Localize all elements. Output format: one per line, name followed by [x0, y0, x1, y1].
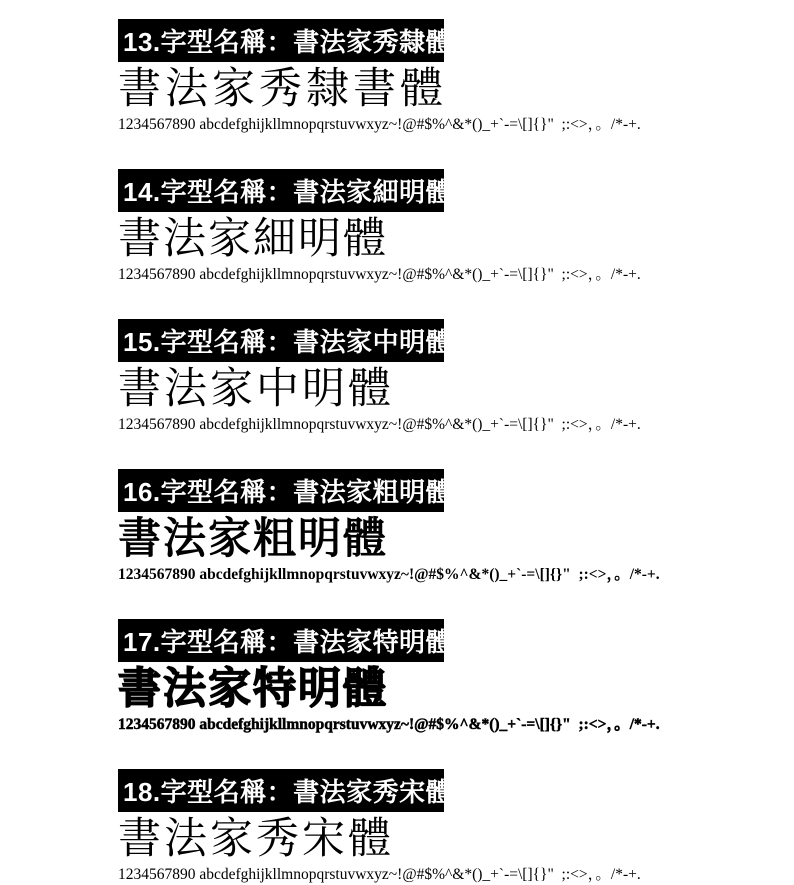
cjk-font-sample: 書法家秀宋體 [118, 817, 794, 863]
font-name-header-bar: 18.字型名稱：書法家秀宋體 [118, 769, 444, 812]
latin-charset-sample: 1234567890 abcdefghijkllmnopqrstuvwxyz~!… [118, 716, 794, 734]
font-name-header-label: 15.字型名稱：書法家中明體 [123, 322, 452, 359]
latin-charset-sample: 1234567890 abcdefghijkllmnopqrstuvwxyz~!… [118, 116, 794, 134]
font-name-header-bar: 17.字型名稱：書法家特明體 [118, 619, 444, 662]
font-name-header-label: 17.字型名稱：書法家特明體 [123, 622, 452, 659]
cjk-font-sample: 書法家秀隸書體 [118, 67, 794, 113]
font-specimen-section: 16.字型名稱：書法家粗明體 書法家粗明體 1234567890 abcdefg… [118, 469, 794, 619]
latin-charset-sample: 1234567890 abcdefghijkllmnopqrstuvwxyz~!… [118, 266, 794, 284]
font-name-header-bar: 16.字型名稱：書法家粗明體 [118, 469, 444, 512]
font-name-header-bar: 15.字型名稱：書法家中明體 [118, 319, 444, 362]
font-name-header-label: 16.字型名稱：書法家粗明體 [123, 472, 452, 509]
font-name-header-label: 18.字型名稱：書法家秀宋體 [123, 772, 452, 809]
font-name-header-label: 13.字型名稱：書法家秀隸體 [123, 22, 452, 59]
font-name-header-bar: 13.字型名稱：書法家秀隸體 [118, 19, 444, 62]
cjk-font-sample: 書法家中明體 [118, 367, 794, 413]
latin-charset-sample: 1234567890 abcdefghijkllmnopqrstuvwxyz~!… [118, 866, 794, 884]
font-specimen-section: 14.字型名稱：書法家細明體 書法家細明體 1234567890 abcdefg… [118, 169, 794, 319]
cjk-font-sample: 書法家細明體 [118, 217, 794, 263]
font-specimen-page: 13.字型名稱：書法家秀隸體 書法家秀隸書體 1234567890 abcdef… [0, 0, 794, 885]
latin-charset-sample: 1234567890 abcdefghijkllmnopqrstuvwxyz~!… [118, 566, 794, 584]
font-specimen-section: 15.字型名稱：書法家中明體 書法家中明體 1234567890 abcdefg… [118, 319, 794, 469]
font-specimen-section: 17.字型名稱：書法家特明體 書法家特明體 1234567890 abcdefg… [118, 619, 794, 769]
font-specimen-section: 13.字型名稱：書法家秀隸體 書法家秀隸書體 1234567890 abcdef… [118, 19, 794, 169]
font-specimen-section: 18.字型名稱：書法家秀宋體 書法家秀宋體 1234567890 abcdefg… [118, 769, 794, 885]
cjk-font-sample: 書法家特明體 [118, 667, 794, 713]
font-name-header-bar: 14.字型名稱：書法家細明體 [118, 169, 444, 212]
latin-charset-sample: 1234567890 abcdefghijkllmnopqrstuvwxyz~!… [118, 416, 794, 434]
cjk-font-sample: 書法家粗明體 [118, 517, 794, 563]
font-name-header-label: 14.字型名稱：書法家細明體 [123, 172, 452, 209]
